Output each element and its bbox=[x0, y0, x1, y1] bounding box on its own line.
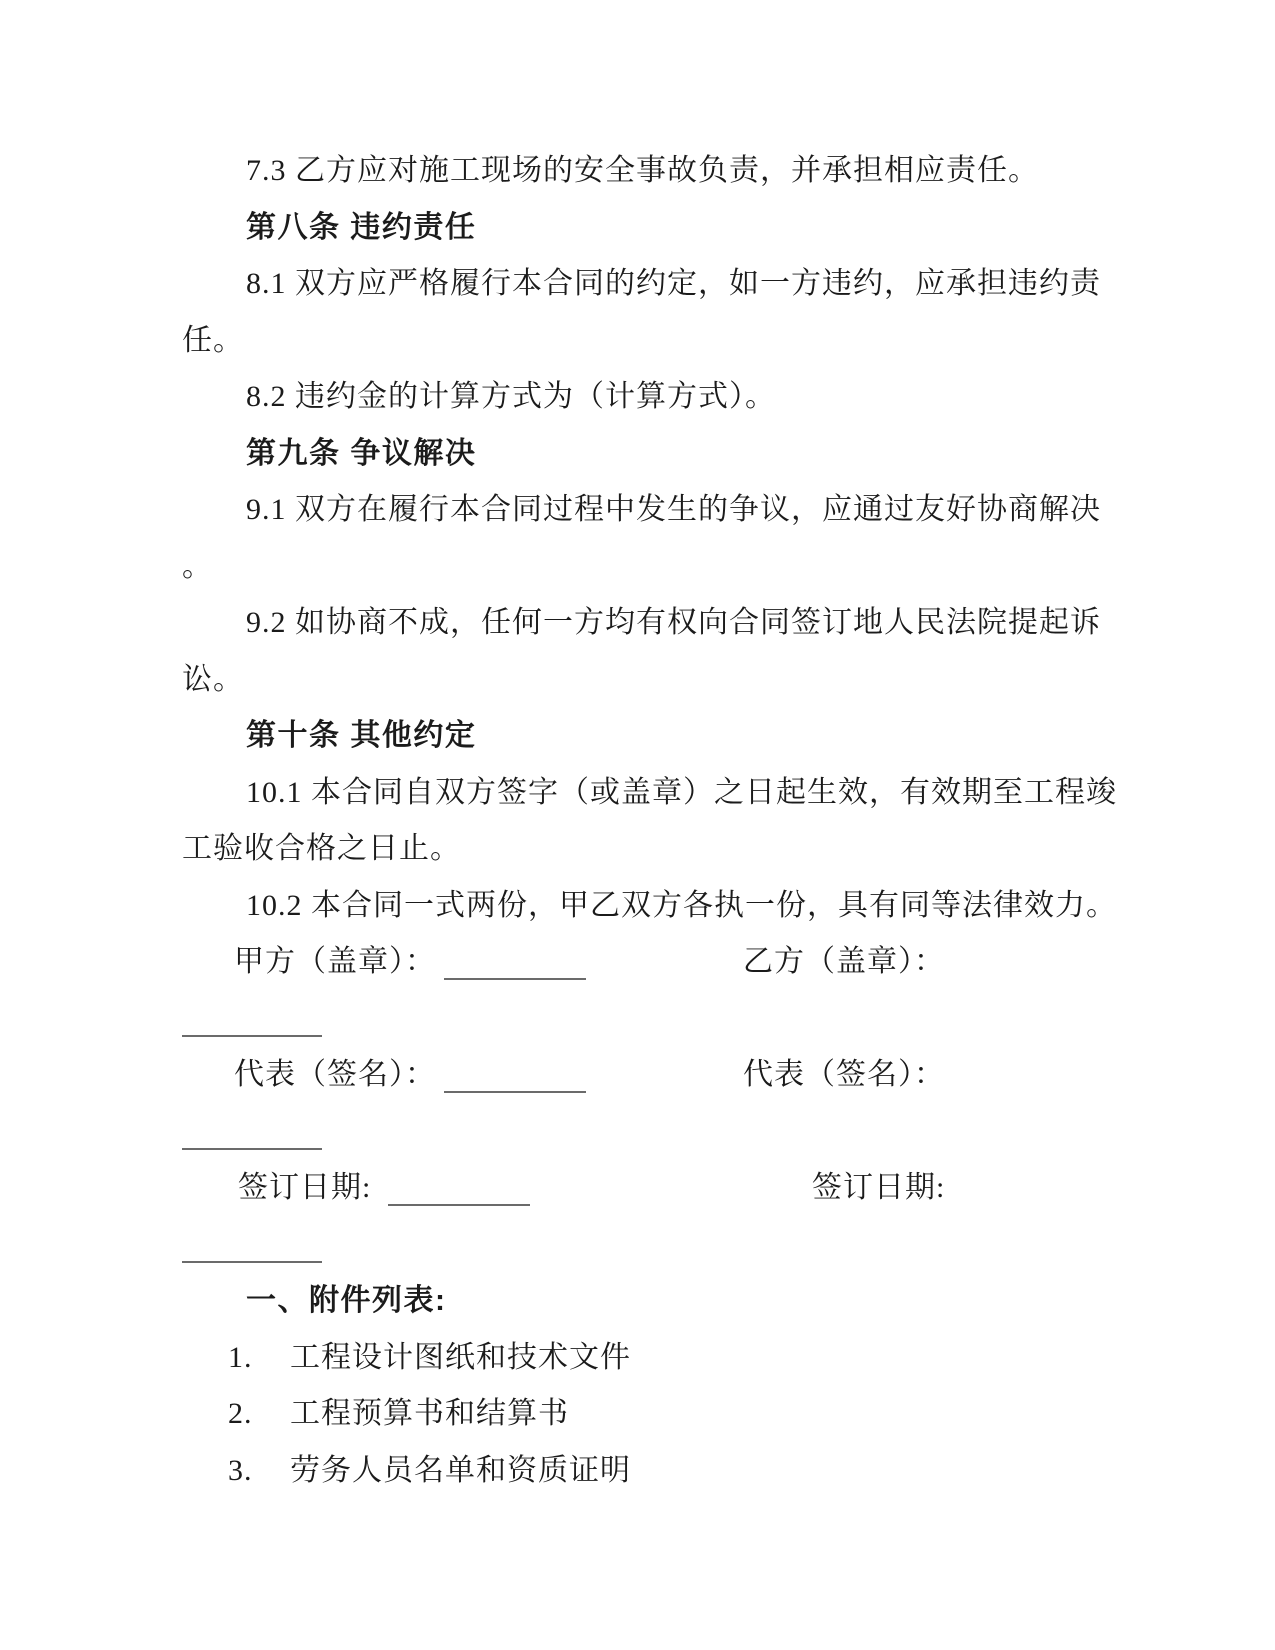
document-body: 7.3 乙方应对施工现场的安全事故负责，并承担相应责任。第八条 违约责任8.1 … bbox=[182, 143, 1087, 1499]
attachment-item-number: 1. bbox=[228, 1343, 290, 1373]
clause-8-1: 8.1 双方应严格履行本合同的约定，如一方违约，应承担违约责 bbox=[182, 256, 1087, 313]
clause-9-1-cont: 。 bbox=[182, 539, 1087, 596]
party-a-representative-blank bbox=[444, 1057, 586, 1093]
article-10-heading: 第十条 其他约定 bbox=[182, 708, 1087, 765]
clause-9-1: 9.1 双方在履行本合同过程中发生的争议，应通过友好协商解决 bbox=[182, 482, 1087, 539]
attachment-item-text: 工程设计图纸和技术文件 bbox=[290, 1343, 631, 1373]
clause-10-1: 10.1 本合同自双方签字（或盖章）之日起生效，有效期至工程竣 bbox=[182, 765, 1087, 822]
clause-10-2: 10.2 本合同一式两份，甲乙双方各执一份，具有同等法律效力。 bbox=[182, 878, 1087, 935]
party-b-signing-date-blank bbox=[182, 1227, 322, 1263]
signing-date-row: 签订日期: 签订日期: bbox=[182, 1160, 1087, 1217]
clause-9-2: 9.2 如协商不成，任何一方均有权向合同签订地人民法院提起诉 bbox=[182, 595, 1087, 652]
blank-underline-row-3 bbox=[182, 1217, 1087, 1274]
seal-row: 甲方（盖章）：乙方（盖章）： bbox=[182, 934, 1087, 991]
attachment-item-text: 工程预算书和结算书 bbox=[290, 1399, 569, 1429]
attachment-item-number: 2. bbox=[228, 1399, 290, 1429]
clause-8-1-cont: 任。 bbox=[182, 313, 1087, 370]
attachment-item-number: 3. bbox=[228, 1456, 290, 1486]
party-a-representative-label: 代表（签名）： bbox=[234, 1060, 436, 1090]
party-b-representative-label: 代表（签名）： bbox=[743, 1047, 945, 1104]
blank-underline-row-2 bbox=[182, 1104, 1087, 1161]
article-9-heading: 第九条 争议解决 bbox=[182, 426, 1087, 483]
representative-row: 代表（签名）：代表（签名）： bbox=[182, 1047, 1087, 1104]
party-a-seal-blank bbox=[444, 944, 586, 980]
party-b-representative-blank bbox=[182, 1114, 322, 1150]
party-b-seal-blank bbox=[182, 1001, 322, 1037]
article-8-heading: 第八条 违约责任 bbox=[182, 200, 1087, 257]
clause-8-2: 8.2 违约金的计算方式为（计算方式）。 bbox=[182, 369, 1087, 426]
blank-underline-row-1 bbox=[182, 991, 1087, 1048]
party-a-seal-label: 甲方（盖章）： bbox=[234, 947, 436, 977]
clause-9-2-cont: 讼。 bbox=[182, 652, 1087, 709]
party-a-signing-date-label: 签订日期: bbox=[238, 1173, 380, 1203]
party-b-signing-date-label: 签订日期: bbox=[812, 1160, 945, 1217]
party-a-signing-date-blank bbox=[388, 1170, 530, 1206]
clause-10-1-cont: 工验收合格之日止。 bbox=[182, 821, 1087, 878]
attachment-item-text: 劳务人员名单和资质证明 bbox=[290, 1456, 631, 1486]
clause-7-3: 7.3 乙方应对施工现场的安全事故负责，并承担相应责任。 bbox=[182, 143, 1087, 200]
attachment-item-2: 2.工程预算书和结算书 bbox=[182, 1386, 1087, 1443]
attachments-heading: 一、附件列表: bbox=[182, 1273, 1087, 1330]
attachment-item-1: 1.工程设计图纸和技术文件 bbox=[182, 1330, 1087, 1387]
contract-page: 7.3 乙方应对施工现场的安全事故负责，并承担相应责任。第八条 违约责任8.1 … bbox=[0, 0, 1275, 1650]
party-b-seal-label: 乙方（盖章）： bbox=[743, 934, 945, 991]
attachment-item-3: 3.劳务人员名单和资质证明 bbox=[182, 1443, 1087, 1500]
